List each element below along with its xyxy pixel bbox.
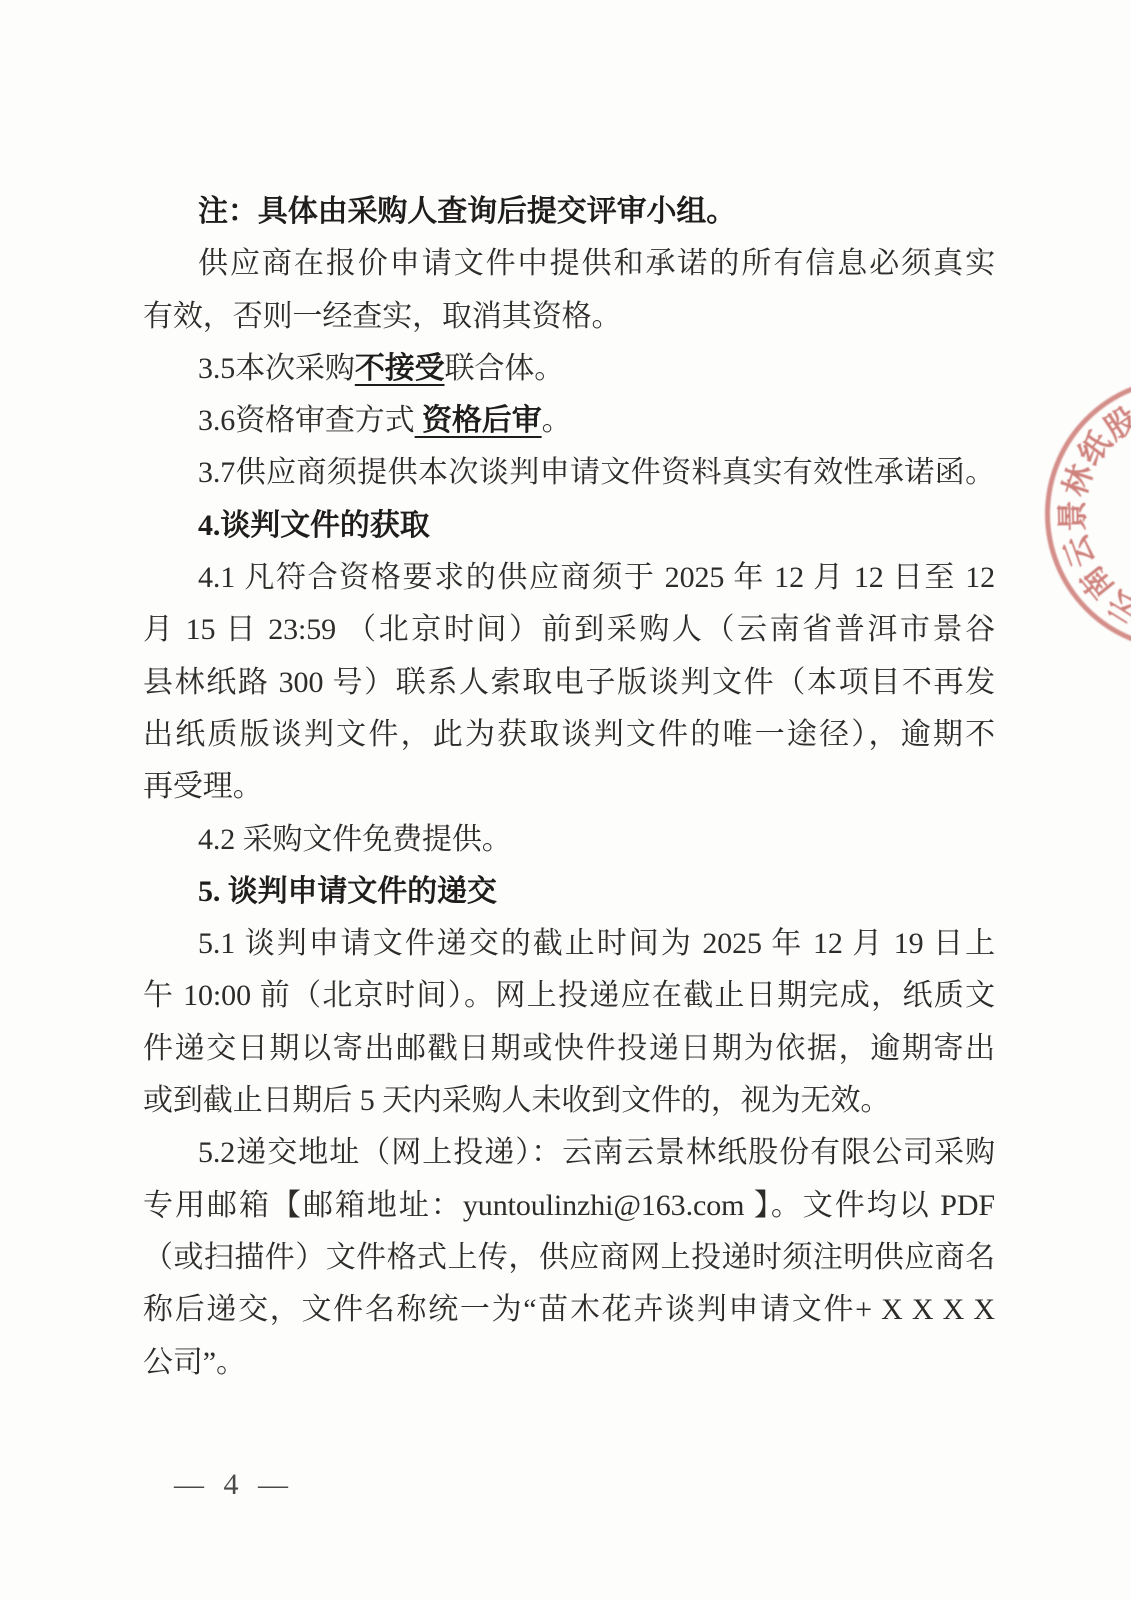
text-line: 县林纸路 300 号）联系人索取电子版谈判文件（本项目不再发 <box>143 657 995 709</box>
text-segment: 有效，否则一经查实，取消其资格。 <box>143 300 621 333</box>
text-segment: 3.7供应商须提供本次谈判申请文件资料真实有效性承诺函。 <box>198 456 995 489</box>
text-line: 专用邮箱【邮箱地址：yuntoulinzhi@163.com 】。文件均以 PD… <box>143 1180 995 1232</box>
text-line: 午 10:00 前（北京时间）。网上投递应在截止日期完成，纸质文 <box>143 970 995 1022</box>
text-line: 4.谈判文件的获取 <box>143 500 995 552</box>
seal-character: 林 <box>1049 458 1101 501</box>
text-line: （或扫描件）文件格式上传，供应商网上投递时须注明供应商名 <box>143 1232 995 1284</box>
seal-character: 纸 <box>1065 421 1120 473</box>
text-segment: 或到截止日期后 5 天内采购人未收到文件的，视为无效。 <box>143 1084 890 1117</box>
text-line: 或到截止日期后 5 天内采购人未收到文件的，视为无效。 <box>143 1075 995 1127</box>
text-line: 4.2 采购文件免费提供。 <box>143 814 995 866</box>
emphasized-text: 资格后审 <box>415 404 542 437</box>
text-segment: 5. 谈判申请文件的递交 <box>198 875 497 908</box>
text-line: 称后递交，文件名称统一为“苗木花卉谈判申请文件+ X X X X <box>143 1284 995 1336</box>
text-segment: 3.5本次采购 <box>198 352 355 385</box>
seal-character: 南 <box>1068 558 1122 610</box>
text-line: 4.1 凡符合资格要求的供应商须于 2025 年 12 月 12 日至 12 <box>143 552 995 604</box>
text-line: 3.6资格审查方式 资格后审。 <box>143 395 995 447</box>
text-segment: 供应商在报价申请文件中提供和承诺的所有信息必须真实 <box>198 247 995 280</box>
text-segment: （或扫描件）文件格式上传，供应商网上投递时须注明供应商名 <box>143 1241 995 1274</box>
text-segment: 件递交日期以寄出邮戳日期或快件投递日期为依据，逾期寄出 <box>143 1032 995 1065</box>
seal-ring <box>1045 377 1131 651</box>
text-segment: 再受理。 <box>143 770 263 803</box>
text-line: 再受理。 <box>143 761 995 813</box>
text-line: 出纸质版谈判文件，此为获取谈判文件的唯一途径），逾期不 <box>143 709 995 761</box>
red-seal: 云南云景林纸股 <box>1045 377 1131 651</box>
text-line: 5.1 谈判申请文件递交的截止时间为 2025 年 12 月 19 日上 <box>143 918 995 970</box>
text-line: 公司”。 <box>143 1337 995 1389</box>
text-segment: 称后递交，文件名称统一为“苗木花卉谈判申请文件+ X X X X <box>143 1293 995 1326</box>
seal-character: 股 <box>1094 394 1131 449</box>
text-line: 5.2递交地址（网上投递）：云南云景林纸股份有限公司采购 <box>143 1127 995 1179</box>
text-segment: 4.谈判文件的获取 <box>198 509 430 542</box>
text-segment: 5.1 谈判申请文件递交的截止时间为 2025 年 12 月 19 日上 <box>198 927 995 960</box>
text-segment: 午 10:00 前（北京时间）。网上投递应在截止日期完成，纸质文 <box>143 979 995 1012</box>
text-line: 3.7供应商须提供本次谈判申请文件资料真实有效性承诺函。 <box>143 447 995 499</box>
seal-character: 云 <box>1098 582 1131 637</box>
text-segment: 5.2递交地址（网上投递）：云南云景林纸股份有限公司采购 <box>198 1136 995 1169</box>
document-page: 注：具体由采购人查询后提交评审小组。供应商在报价申请文件中提供和承诺的所有信息必… <box>0 0 1131 1600</box>
text-line: 5. 谈判申请文件的递交 <box>143 866 995 918</box>
text-segment: 月 15 日 23:59 （北京时间）前到采购人（云南省普洱市景谷 <box>143 613 995 646</box>
document-body: 注：具体由采购人查询后提交评审小组。供应商在报价申请文件中提供和承诺的所有信息必… <box>143 186 995 1389</box>
emphasized-text: 不接受 <box>355 352 445 385</box>
text-line: 3.5本次采购不接受联合体。 <box>143 343 995 395</box>
text-line: 月 15 日 23:59 （北京时间）前到采购人（云南省普洱市景谷 <box>143 604 995 656</box>
text-segment: 县林纸路 300 号）联系人索取电子版谈判文件（本项目不再发 <box>143 666 995 699</box>
text-segment: 专用邮箱【邮箱地址：yuntoulinzhi@163.com 】。文件均以 PD… <box>143 1189 995 1222</box>
text-line: 有效，否则一经查实，取消其资格。 <box>143 291 995 343</box>
text-segment: 。 <box>542 404 572 437</box>
page-number: — 4 — <box>174 1468 289 1502</box>
text-line: 供应商在报价申请文件中提供和承诺的所有信息必须真实 <box>143 238 995 290</box>
text-segment: 联合体。 <box>445 352 565 385</box>
text-segment: 公司”。 <box>143 1346 246 1379</box>
text-line: 注：具体由采购人查询后提交评审小组。 <box>143 186 995 238</box>
text-segment: 出纸质版谈判文件，此为获取谈判文件的唯一途径），逾期不 <box>143 718 995 751</box>
text-line: 件递交日期以寄出邮戳日期或快件投递日期为依据，逾期寄出 <box>143 1023 995 1075</box>
text-segment: 4.2 采购文件免费提供。 <box>198 823 512 856</box>
text-segment: 3.6资格审查方式 <box>198 404 415 437</box>
text-segment: 注：具体由采购人查询后提交评审小组。 <box>198 195 736 228</box>
text-segment: 4.1 凡符合资格要求的供应商须于 2025 年 12 月 12 日至 12 <box>198 561 995 594</box>
seal-character: 景 <box>1047 500 1093 532</box>
seal-character: 云 <box>1050 530 1103 575</box>
